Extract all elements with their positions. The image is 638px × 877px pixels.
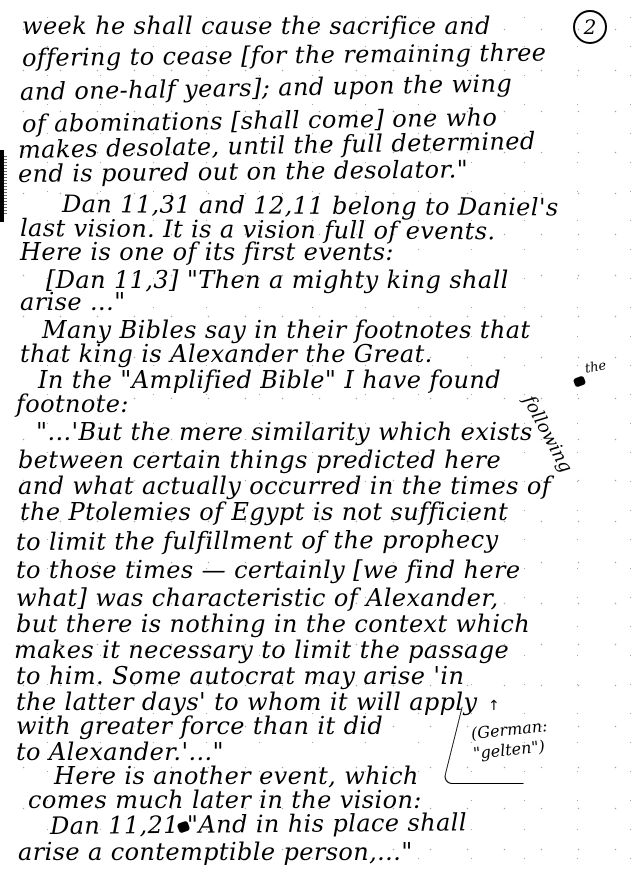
text-line: makes it necessary to limit the passage	[14, 638, 509, 662]
text-line: arise ..."	[20, 290, 126, 314]
text-line: to him. Some autocrat may arise 'in	[16, 664, 464, 688]
text-line: the Ptolemies of Egypt is not sufficient	[20, 500, 508, 524]
text-line: and what actually occurred in the times …	[18, 474, 551, 498]
scanned-page: 2 week he shall cause the sacrifice and …	[0, 0, 638, 877]
text-line: Many Bibles say in their footnotes that	[42, 318, 530, 342]
text-line: Here is one of its first events:	[20, 240, 394, 264]
margin-insertion-the: the	[584, 358, 608, 376]
text-line: to limit the fulfillment of the prophecy	[16, 527, 499, 554]
text-line: to those times — certainly [we find here	[16, 558, 520, 582]
text-line: In the "Amplified Bible" I have found	[38, 368, 501, 392]
text-line: what] was characteristic of Alexander,	[16, 586, 499, 610]
crossed-out-word	[573, 375, 586, 387]
text-line: arise a contemptible person,..."	[18, 840, 413, 864]
text-line: to Alexander.'..."	[16, 740, 224, 764]
text-line: Dan 11,21 "And in his place shall	[50, 810, 467, 838]
scanner-edge-shadow	[4, 156, 7, 216]
text-line: "...'But the mere similarity which exist…	[36, 420, 533, 444]
text-line: footnote:	[16, 392, 129, 416]
text-line: and one-half years]; and upon the wing	[20, 71, 513, 104]
text-line: offering to cease [for the remaining thr…	[22, 41, 547, 70]
circled-page-number: 2	[573, 10, 607, 44]
text-line: that king is Alexander the Great.	[20, 342, 433, 366]
text-line: end is poured out on the desolator."	[18, 157, 468, 186]
text-line: Here is another event, which	[54, 764, 419, 788]
text-line: week he shall cause the sacrifice and	[22, 14, 491, 38]
text-line: the latter days' to whom it will apply	[16, 690, 477, 714]
text-line: but there is nothing in the context whic…	[16, 612, 530, 636]
side-note-german: (German: "gelten")	[470, 716, 550, 764]
text-line: between certain things predicted here	[18, 448, 501, 472]
text-line: with greater force than it did	[16, 714, 383, 738]
